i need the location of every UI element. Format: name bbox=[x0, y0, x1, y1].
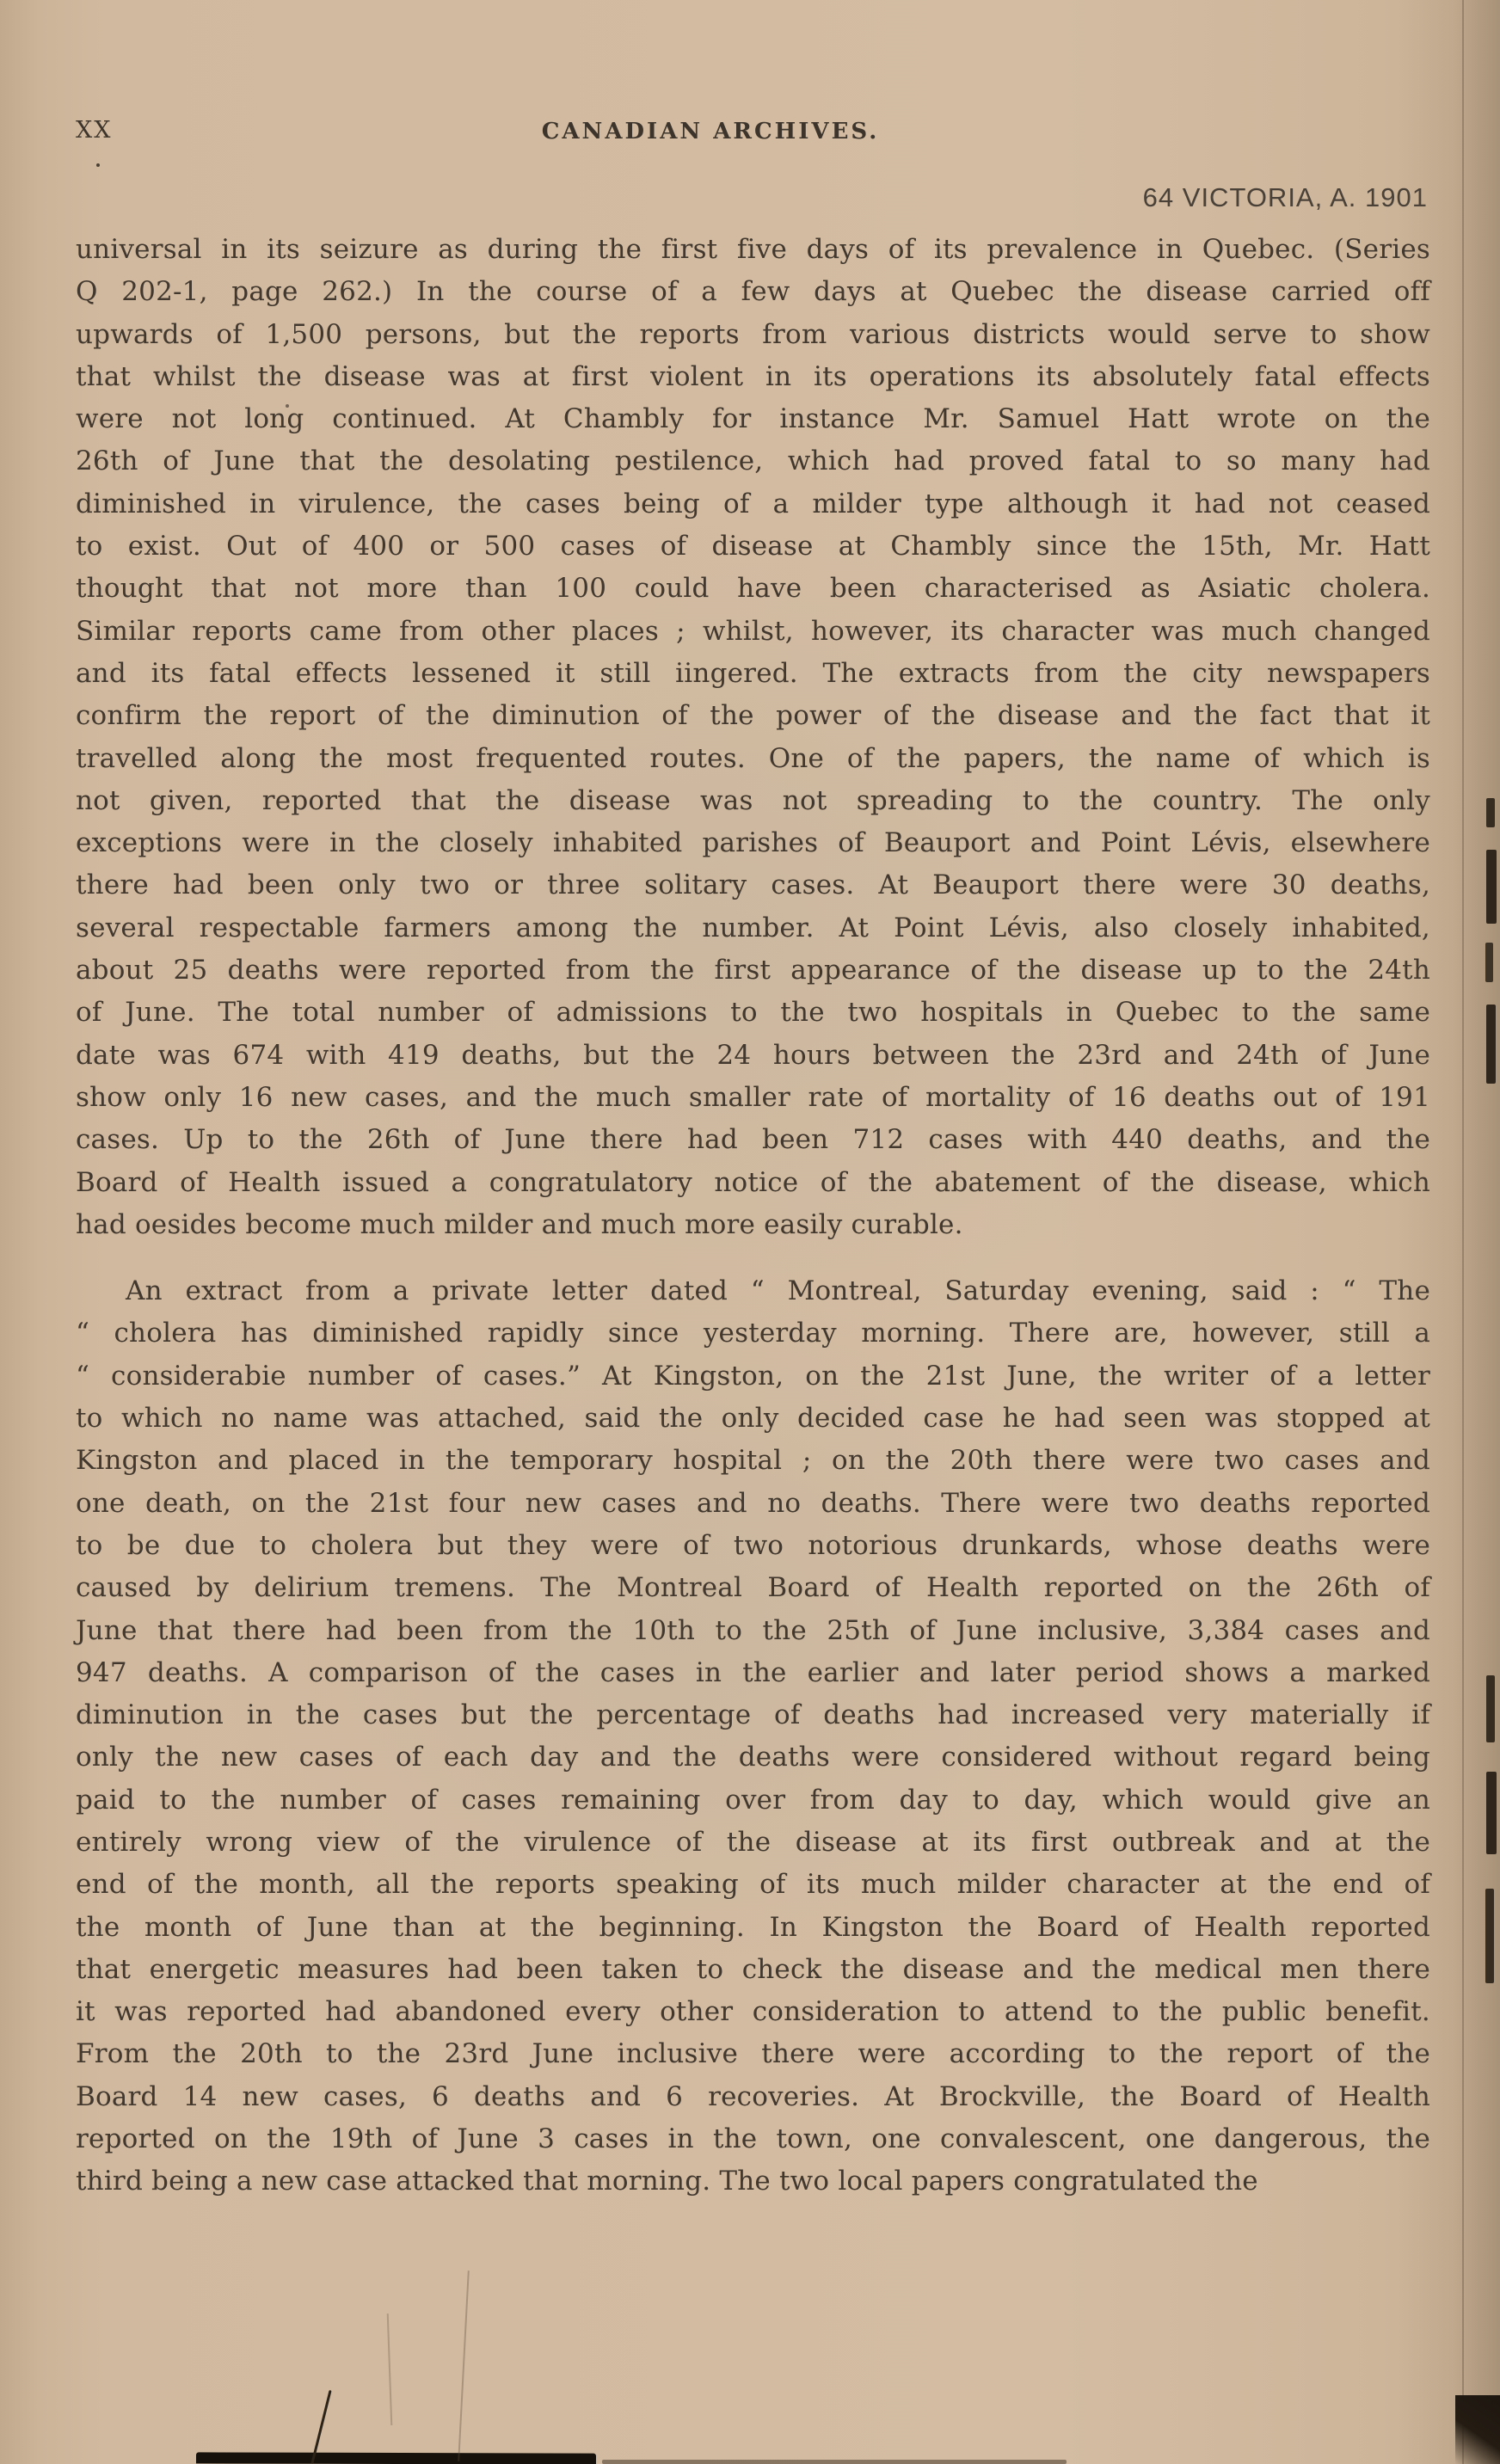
page-edge-shadow bbox=[1397, 0, 1500, 2464]
text-line: to be due to cholera but they were of tw… bbox=[76, 1525, 1430, 1567]
text-line: entirely wrong view of the virulence of … bbox=[76, 1822, 1430, 1864]
ink-speck bbox=[286, 404, 289, 408]
text-line: to exist. Out of 400 or 500 cases of dis… bbox=[76, 525, 1430, 568]
paper-scratch bbox=[387, 2313, 393, 2425]
text-line: third being a new case attacked that mor… bbox=[76, 2160, 1430, 2203]
text-line: about 25 deaths were reported from the f… bbox=[76, 949, 1430, 992]
text-line: were not long continued. At Chambly for … bbox=[76, 398, 1430, 440]
text-line: date was 674 with 419 deaths, but the 24… bbox=[76, 1035, 1430, 1077]
scan-edge-strip bbox=[196, 2452, 596, 2464]
text-line: 947 deaths. A comparison of the cases in… bbox=[76, 1652, 1430, 1694]
text-line: diminution in the cases but the percenta… bbox=[76, 1694, 1430, 1736]
text-line: that whilst the disease was at first vio… bbox=[76, 356, 1430, 398]
scan-artifact-mark bbox=[1485, 1889, 1494, 1983]
text-line: travelled along the most frequented rout… bbox=[76, 738, 1430, 780]
paragraph: An extract from a private letter dated “… bbox=[76, 1270, 1430, 2203]
text-line: show only 16 new cases, and the much sma… bbox=[76, 1077, 1430, 1119]
text-line: that energetic measures had been taken t… bbox=[76, 1949, 1430, 1991]
text-line: to which no name was attached, said the … bbox=[76, 1398, 1430, 1440]
scan-artifact-mark bbox=[1486, 1675, 1495, 1742]
scan-edge-strip-faint bbox=[602, 2460, 1067, 2464]
text-line: June that there had been from the 10th t… bbox=[76, 1610, 1430, 1652]
text-line: not given, reported that the disease was… bbox=[76, 780, 1430, 822]
text-line: Similar reports came from other places ;… bbox=[76, 611, 1430, 653]
text-line: one death, on the 21st four new cases an… bbox=[76, 1483, 1430, 1525]
text-line: upwards of 1,500 persons, but the report… bbox=[76, 314, 1430, 356]
paper-scratch bbox=[458, 2270, 470, 2461]
text-line: Kingston and placed in the temporary hos… bbox=[76, 1440, 1430, 1482]
scan-artifact-mark bbox=[1486, 798, 1495, 827]
text-line: it was reported had abandoned every othe… bbox=[76, 1991, 1430, 2033]
text-line: confirm the report of the diminution of … bbox=[76, 695, 1430, 737]
text-line: of June. The total number of admissions … bbox=[76, 992, 1430, 1034]
ink-speck bbox=[96, 163, 100, 167]
running-title: CANADIAN ARCHIVES. bbox=[76, 119, 1345, 144]
text-line: paid to the number of cases remaining ov… bbox=[76, 1779, 1430, 1822]
text-line: From the 20th to the 23rd June inclusive… bbox=[76, 2033, 1430, 2075]
scan-artifact-mark bbox=[1486, 850, 1497, 924]
text-block: universal in its seizure as during the f… bbox=[76, 229, 1430, 2203]
corner-shadow bbox=[1455, 2395, 1500, 2464]
text-line: Board of Health issued a congratulatory … bbox=[76, 1162, 1430, 1204]
scan-artifact-mark bbox=[1485, 943, 1493, 982]
text-line: 26th of June that the desolating pestile… bbox=[76, 440, 1430, 482]
text-line: exceptions were in the closely inhabited… bbox=[76, 822, 1430, 864]
volume-header: 64 VICTORIA, A. 1901 bbox=[1143, 182, 1428, 213]
scan-artifact-mark bbox=[1486, 1772, 1497, 1854]
text-line: cases. Up to the 26th of June there had … bbox=[76, 1119, 1430, 1161]
text-line: there had been only two or three solitar… bbox=[76, 864, 1430, 906]
text-line: reported on the 19th of June 3 cases in … bbox=[76, 2118, 1430, 2160]
text-line: “ cholera has diminished rapidly since y… bbox=[76, 1312, 1430, 1355]
text-line: thought that not more than 100 could hav… bbox=[76, 568, 1430, 610]
text-line: “ considerabie number of cases.” At King… bbox=[76, 1355, 1430, 1398]
text-line: only the new cases of each day and the d… bbox=[76, 1736, 1430, 1779]
text-line: An extract from a private letter dated “… bbox=[76, 1270, 1430, 1312]
scanned-book-page: XX CANADIAN ARCHIVES. 64 VICTORIA, A. 19… bbox=[0, 0, 1500, 2464]
text-line: universal in its seizure as during the f… bbox=[76, 229, 1430, 271]
text-line: several respectable farmers among the nu… bbox=[76, 907, 1430, 949]
scan-artifact-mark bbox=[1486, 1005, 1496, 1084]
text-line: caused by delirium tremens. The Montreal… bbox=[76, 1567, 1430, 1609]
text-line: Board 14 new cases, 6 deaths and 6 recov… bbox=[76, 2076, 1430, 2118]
paragraph: universal in its seizure as during the f… bbox=[76, 229, 1430, 1246]
text-line: Q 202-1, page 262.) In the course of a f… bbox=[76, 271, 1430, 313]
text-line: end of the month, all the reports speaki… bbox=[76, 1864, 1430, 1906]
text-line: the month of June than at the beginning.… bbox=[76, 1907, 1430, 1949]
text-line: and its fatal effects lessened it still … bbox=[76, 653, 1430, 695]
text-line: diminished in virulence, the cases being… bbox=[76, 483, 1430, 525]
text-line: had oesides become much milder and much … bbox=[76, 1204, 1430, 1246]
